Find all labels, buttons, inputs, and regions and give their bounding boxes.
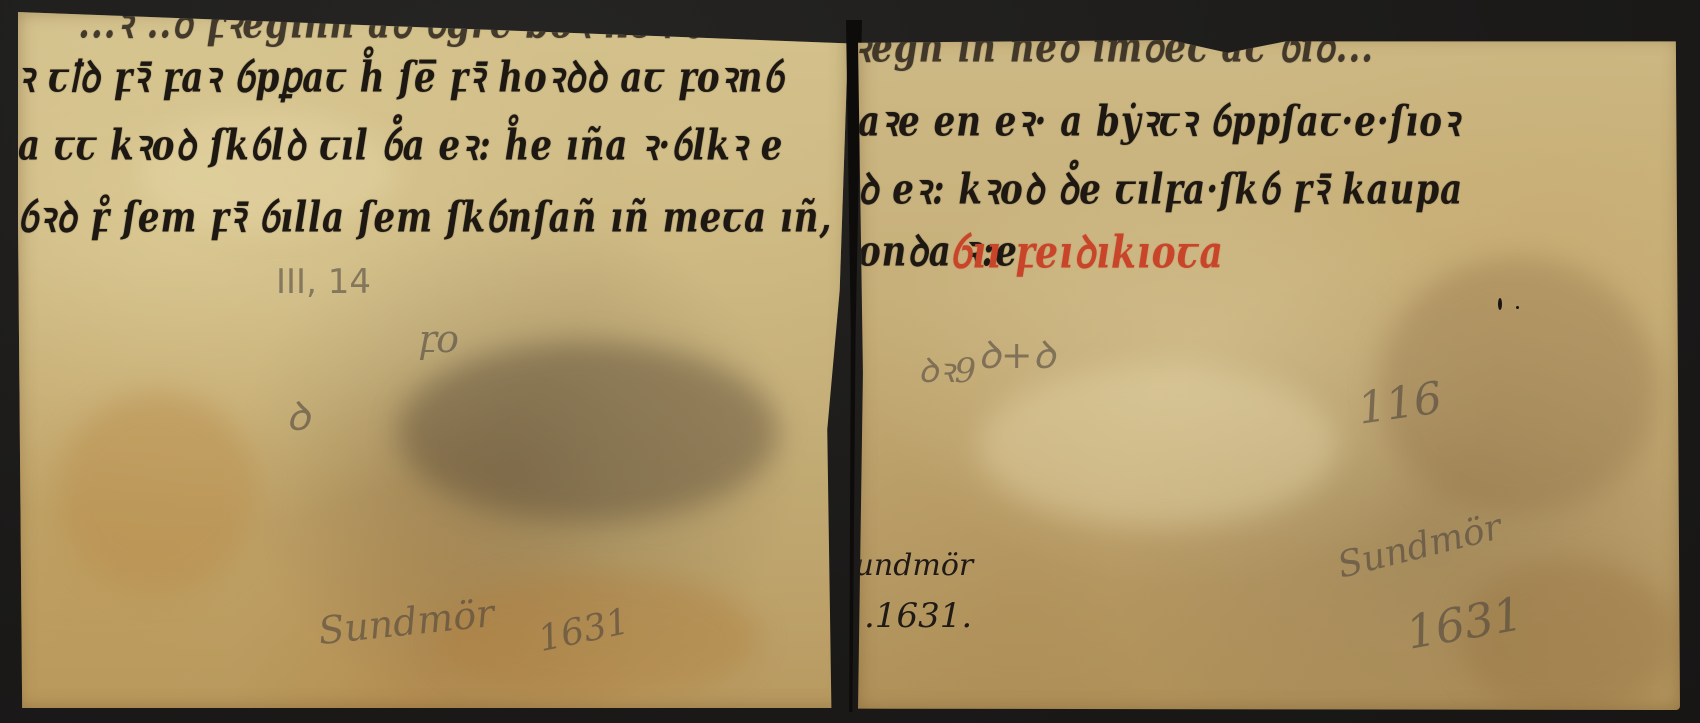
pencil-scribble: ꝼo xyxy=(418,317,459,361)
pencil-place-name: Sundmör xyxy=(1334,506,1506,586)
stain xyxy=(978,366,1338,526)
ink-speck xyxy=(1516,306,1519,309)
script-line-1: ꝛ ꞇꝉꝺ ꝼꝛ̄ ꝼaꝛ ỽpꝑaꞇ h̊ ſe̅ ꝼꝛ̄ hoꝛꝺꝺ aꞇ … xyxy=(18,46,785,104)
pencil-year: 1631 xyxy=(535,601,633,660)
ink-place-name: Sundmör xyxy=(858,548,973,583)
vellum-fragment-right: ꝛegn ıñ neꝺ ımꝺeꞇ aꞇ ỽıꝺ... aꝛe en eꝛ· a… xyxy=(858,36,1680,710)
script-line-0: ...ꝛ ..ꝺ ꝼꝛegınn aꝺ ỽgre boꝛ noꝛ ỽ xyxy=(78,12,704,50)
script-line-0: ꝛegn ıñ neꝺ ımꝺeꞇ aꞇ ỽıꝺ... xyxy=(858,36,1374,74)
ink-year: .1631. xyxy=(864,596,972,636)
script-line-3: ỽꝛꝺ ꝼ̊ ſem ꝼꝛ̄ ỽılla ſem ſkỽnſañ ıñ meꞇa… xyxy=(18,186,848,244)
pencil-year: 1631 xyxy=(1402,586,1527,660)
pencil-scribble: ꝺ+ꝺ xyxy=(978,328,1055,380)
pencil-scribble: ꝺꝛ9 xyxy=(918,346,976,392)
script-line-2: ꝺ eꝛ: kꝛoꝺ ꝺ̊e ꞇılꝼa·ſkỽ ꝼꝛ̄ kaupa xyxy=(858,158,1463,216)
pencil-number: 116 xyxy=(1355,372,1445,434)
script-line-2: a ꞇꞇ kꝛoꝺ ſkỽlꝺ ꞇıl ỽ̊a eꝛ: h̊e ıña ꝛ·ỽl… xyxy=(18,114,783,172)
manuscript-photograph: ...ꝛ ..ꝺ ꝼꝛegınn aꝺ ỽgre boꝛ noꝛ ỽ ꝛ ꞇꝉꝺ… xyxy=(0,0,1700,723)
script-line-1: aꝛe en eꝛ· a bẏꝛꞇꝛ ỽppſaꞇ·e·ſıoꝛ xyxy=(858,90,1460,148)
ink-speck xyxy=(1498,298,1502,310)
stain xyxy=(58,392,258,592)
vellum-fragment-left: ...ꝛ ..ꝺ ꝼꝛegınn aꝺ ỽgre boꝛ noꝛ ỽ ꝛ ꞇꝉꝺ… xyxy=(18,12,848,708)
shelfmark-pencil: III, 14 xyxy=(276,262,371,302)
pencil-place-name: Sundmör xyxy=(316,591,496,653)
stain xyxy=(398,342,778,522)
pencil-scribble: ꝺ xyxy=(286,387,310,442)
red-rubric: ỽıı ꝼeıꝺıkıoꞇa xyxy=(950,220,1224,281)
